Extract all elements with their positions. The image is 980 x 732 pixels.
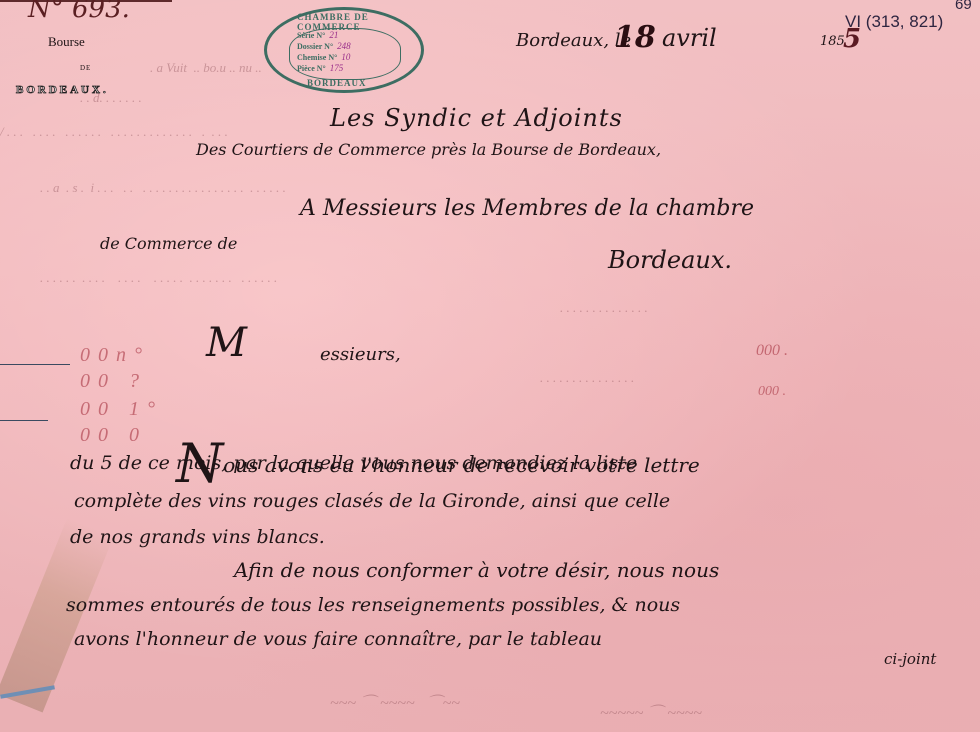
body-line-3: complète des vins rouges clasés de la Gi… — [74, 490, 670, 512]
addressee-line-3: Bordeaux. — [608, 246, 732, 274]
margin-rule — [0, 364, 70, 365]
archive-stamp: CHAMBRE DE COMMERCE Série N°21 Dossier N… — [264, 7, 424, 93]
bleed-text: . . a . s . i . . . . . . . . . . . . . … — [40, 180, 286, 196]
bleed-flourish: ~~~~~ ⌒ ~~~~ — [600, 700, 702, 723]
bleed-text: . a Vuit .. bo.u .. nu .. — [150, 60, 262, 76]
date-month: avril — [662, 24, 717, 52]
body-line-7: avons l'honneur de vous faire connaître,… — [74, 628, 602, 650]
reference-number: N° 693. — [28, 0, 130, 24]
letter-heading: Les Syndic et Adjoints — [330, 104, 623, 132]
bleed-row: 00 0 — [80, 424, 147, 447]
stamp-value: 10 — [341, 52, 350, 62]
addressee-line-2: de Commerce de — [100, 234, 237, 253]
bleed-row: 00n° — [80, 344, 150, 367]
body-line-2: du 5 de ce mois, par la quelle vous nous… — [70, 452, 637, 474]
date-day: 18 — [614, 20, 656, 55]
stamp-label: Pièce N° — [297, 64, 326, 73]
stamp-label: Dossier N° — [297, 42, 333, 51]
stamp-bottom-text: BORDEAUX — [307, 78, 367, 88]
letterhead-connector: DE — [80, 64, 91, 72]
date-year-prefix: 185 — [820, 34, 845, 49]
bleed-text: . . . . . . . . . . . . . . . . . . . . … — [40, 270, 277, 286]
salutation-initial: M — [206, 320, 247, 366]
letter-page: . a Vuit .. bo.u .. nu .. . . d. . . . .… — [0, 0, 980, 732]
archive-reference: VI (313, 821) — [845, 12, 943, 32]
bleed-text: . . . . . . . . . . . . . . — [560, 300, 648, 316]
letterhead-city: BORDEAUX. — [16, 84, 109, 96]
letter-subheading: Des Courtiers de Commerce près la Bourse… — [196, 140, 661, 159]
bleed-text: / . . . . . . . . . . . . . . . . . . . … — [0, 124, 228, 140]
stamp-label: Série N° — [297, 31, 325, 40]
stamp-row-serie: Série N°21 — [297, 30, 338, 40]
stamp-row-dossier: Dossier N°248 — [297, 41, 351, 51]
stamp-value: 175 — [330, 63, 344, 73]
addressee-line-1: A Messieurs les Membres de la chambre — [300, 196, 754, 221]
stamp-row-chemise: Chemise N°10 — [297, 52, 350, 62]
bleed-flourish: ~~~ ⌒ ~~~~ ⌒~~ — [330, 690, 460, 713]
bleed-row: 00 1° — [80, 398, 163, 421]
stamp-value: 248 — [337, 41, 351, 51]
body-line-5: Afin de nous conformer à votre désir, no… — [234, 558, 719, 582]
body-line-8: ci-joint — [884, 650, 936, 668]
salutation-rest: essieurs, — [320, 344, 401, 365]
margin-rule — [0, 420, 48, 421]
bleed-amount: 000 . — [756, 342, 788, 360]
body-line-6: sommes entourés de tous les renseignemen… — [66, 594, 680, 616]
stamp-label: Chemise N° — [297, 53, 337, 62]
corner-mark: 69 — [955, 0, 972, 13]
bleed-text: . . . . . . . . . . . . . . . — [540, 370, 634, 386]
stamp-value: 21 — [329, 30, 338, 40]
stamp-row-piece: Pièce N°175 — [297, 63, 343, 73]
body-line-4: de nos grands vins blancs. — [70, 526, 325, 548]
bleed-amount: 000 . — [758, 384, 786, 400]
bleed-row: 00 ? — [80, 370, 147, 393]
letterhead-title: Bourse — [48, 34, 85, 50]
